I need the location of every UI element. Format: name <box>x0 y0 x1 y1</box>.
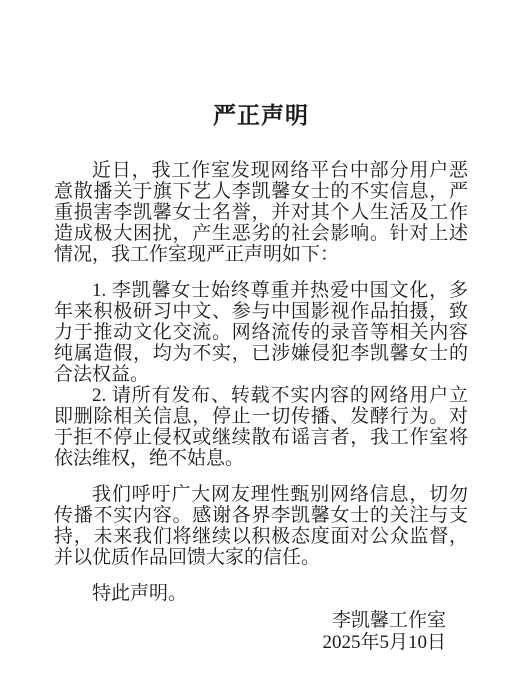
statement-paragraph-appeal: 我们呼吁广大网友理性甄别网络信息，切勿传播不实内容。感谢各界李凯馨女士的关注与支… <box>54 484 468 568</box>
signature-block: 李凯馨工作室 2025年5月10日 <box>54 610 468 654</box>
signature-date: 2025年5月10日 <box>54 632 446 654</box>
statement-item-1: 1. 李凯馨女士始终尊重并热爱中国文化，多年来积极研习中文、参与中国影视作品拍摄… <box>54 280 468 385</box>
statement-paragraph-intro: 近日，我工作室发现网络平台中部分用户恶意散播关于旗下艺人李凯馨女士的不实信息，严… <box>54 160 468 265</box>
statement-item-2: 2. 请所有发布、转载不实内容的网络用户立即删除相关信息，停止一切传播、发酵行为… <box>54 385 468 469</box>
signature-studio-name: 李凯馨工作室 <box>54 610 446 632</box>
statement-closing-line: 特此声明。 <box>54 583 468 604</box>
statement-title: 严正声明 <box>54 97 468 130</box>
statement-page: 严正声明 近日，我工作室发现网络平台中部分用户恶意散播关于旗下艺人李凯馨女士的不… <box>0 0 522 690</box>
